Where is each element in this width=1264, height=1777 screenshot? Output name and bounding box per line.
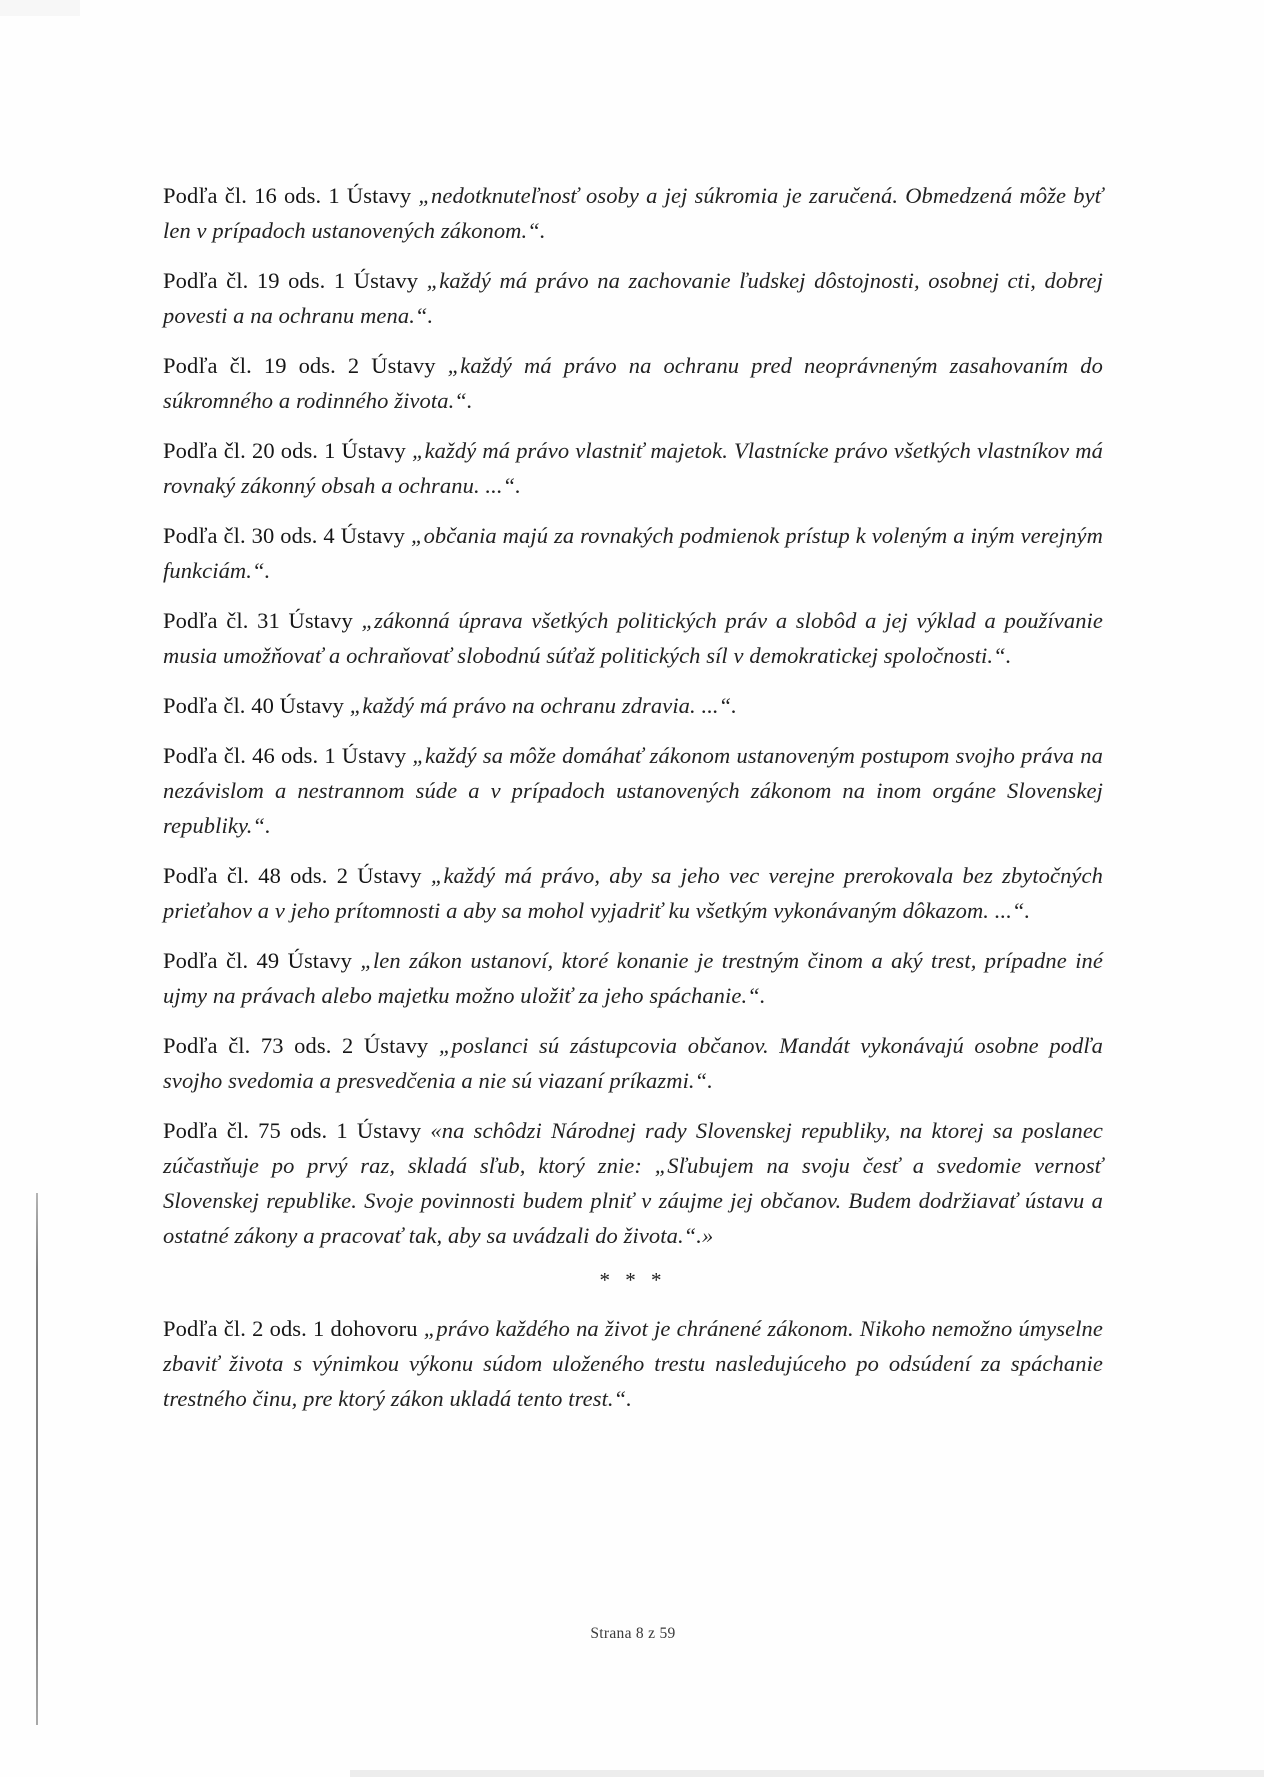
citation-lead: Podľa čl. 48 ods. 2 Ústavy (163, 863, 422, 888)
legal-citation-paragraph: Podľa čl. 31 Ústavy „zákonná úprava všet… (163, 603, 1103, 673)
citation-lead: Podľa čl. 49 Ústavy (163, 948, 352, 973)
citation-lead: Podľa čl. 30 ods. 4 Ústavy (163, 523, 405, 548)
legal-citation-paragraph: Podľa čl. 73 ods. 2 Ústavy „poslanci sú … (163, 1028, 1103, 1098)
citation-lead: Podľa čl. 16 ods. 1 Ústavy (163, 183, 411, 208)
scan-artifact-top-smudge (0, 0, 80, 16)
legal-citation-paragraph: Podľa čl. 30 ods. 4 Ústavy „občania majú… (163, 518, 1103, 588)
page-footer: Strana 8 z 59 (163, 1625, 1103, 1643)
citation-lead: Podľa čl. 19 ods. 1 Ústavy (163, 268, 418, 293)
citation-lead: Podľa čl. 40 Ústavy (163, 693, 344, 718)
citation-lead: Podľa čl. 2 ods. 1 dohovoru (163, 1316, 418, 1341)
citation-lead: Podľa čl. 75 ods. 1 Ústavy (163, 1118, 421, 1143)
legal-citation-paragraph: Podľa čl. 19 ods. 1 Ústavy „každý má prá… (163, 263, 1103, 333)
lead-quote-space (428, 1033, 439, 1058)
paragraph-list-after-separator: Podľa čl. 2 ods. 1 dohovoru „právo každé… (163, 1311, 1103, 1416)
quoted-constitution-text: „každý má právo na ochranu zdravia. ...“… (350, 693, 737, 718)
legal-citation-paragraph: Podľa čl. 40 Ústavy „každý má právo na o… (163, 688, 1103, 723)
citation-lead: Podľa čl. 19 ods. 2 Ústavy (163, 353, 436, 378)
scan-artifact-bottom-strip (350, 1770, 1264, 1777)
scan-artifact-vertical-line (36, 1193, 38, 1725)
legal-citation-paragraph: Podľa čl. 20 ods. 1 Ústavy „každý má prá… (163, 433, 1103, 503)
lead-quote-space (418, 268, 427, 293)
section-separator: * * * (163, 1268, 1103, 1293)
legal-citation-paragraph: Podľa čl. 48 ods. 2 Ústavy „každý má prá… (163, 858, 1103, 928)
page-number-label: Strana 8 z 59 (590, 1625, 675, 1642)
legal-citation-paragraph: Podľa čl. 46 ods. 1 Ústavy „každý sa môž… (163, 738, 1103, 843)
legal-citation-paragraph: Podľa čl. 49 Ústavy „len zákon ustanoví,… (163, 943, 1103, 1013)
legal-citation-paragraph: Podľa čl. 2 ods. 1 dohovoru „právo každé… (163, 1311, 1103, 1416)
citation-lead: Podľa čl. 73 ods. 2 Ústavy (163, 1033, 428, 1058)
citation-lead: Podľa čl. 20 ods. 1 Ústavy (163, 438, 406, 463)
document-content: Podľa čl. 16 ods. 1 Ústavy „nedotknuteľn… (163, 178, 1103, 1431)
paragraph-list: Podľa čl. 16 ods. 1 Ústavy „nedotknuteľn… (163, 178, 1103, 1253)
lead-quote-space (436, 353, 448, 378)
lead-quote-space (422, 863, 431, 888)
citation-lead: Podľa čl. 46 ods. 1 Ústavy (163, 743, 406, 768)
legal-citation-paragraph: Podľa čl. 19 ods. 2 Ústavy „každý má prá… (163, 348, 1103, 418)
citation-lead: Podľa čl. 31 Ústavy (163, 608, 353, 633)
legal-citation-paragraph: Podľa čl. 75 ods. 1 Ústavy «na schôdzi N… (163, 1113, 1103, 1253)
scanned-document-page: Podľa čl. 16 ods. 1 Ústavy „nedotknuteľn… (0, 0, 1264, 1777)
legal-citation-paragraph: Podľa čl. 16 ods. 1 Ústavy „nedotknuteľn… (163, 178, 1103, 248)
